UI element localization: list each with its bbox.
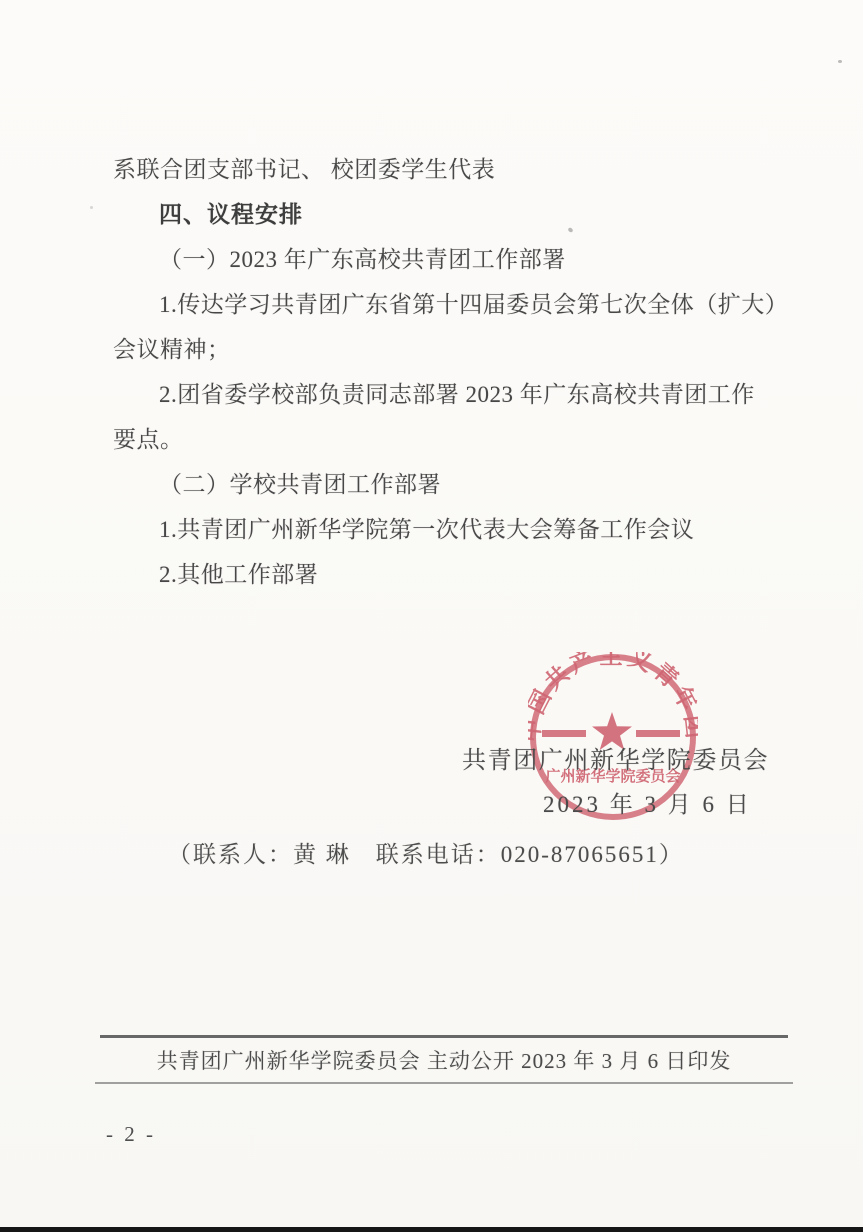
footer-divider-bottom — [95, 1082, 793, 1084]
seal-right-bar — [636, 730, 680, 737]
seal-left-bar — [542, 730, 586, 737]
contact-line: （联系人：黄 琳 联系电话：020-87065651） — [168, 836, 684, 869]
document-page: 系联合团支部书记、 校团委学生代表 四、议程安排 （一）2023 年广东高校共青… — [0, 0, 863, 1232]
body-line: 系联合团支部书记、 校团委学生代表 — [113, 147, 778, 192]
signature-organization: 共青团广州新华学院委员会 — [462, 740, 769, 775]
body-line: 要点。 — [113, 417, 778, 462]
body-text: 系联合团支部书记、 校团委学生代表 四、议程安排 （一）2023 年广东高校共青… — [113, 147, 778, 597]
body-line: 2.其他工作部署 — [113, 552, 778, 597]
body-line: （二）学校共青团工作部署 — [113, 462, 778, 507]
footer-imprint: 共青团广州新华学院委员会 主动公开 2023 年 3 月 6 日印发 — [95, 1045, 793, 1075]
scan-edge — [0, 1227, 863, 1232]
body-line: 2.团省委学校部负责同志部署 2023 年广东高校共青团工作 — [113, 372, 778, 417]
signature-date: 2023 年 3 月 6 日 — [543, 786, 752, 819]
scan-speck — [90, 206, 93, 209]
section-heading-agenda: 四、议程安排 — [113, 192, 778, 237]
body-line: 1.传达学习共青团广东省第十四届委员会第七次全体（扩大） — [113, 282, 778, 327]
body-line: 会议精神； — [113, 327, 778, 372]
body-line: 1.共青团广州新华学院第一次代表大会筹备工作会议 — [113, 507, 778, 552]
body-line: （一）2023 年广东高校共青团工作部署 — [113, 237, 778, 282]
footer-divider-top — [100, 1035, 788, 1038]
scan-speck — [838, 60, 842, 63]
page-number: - 2 - — [106, 1122, 156, 1147]
